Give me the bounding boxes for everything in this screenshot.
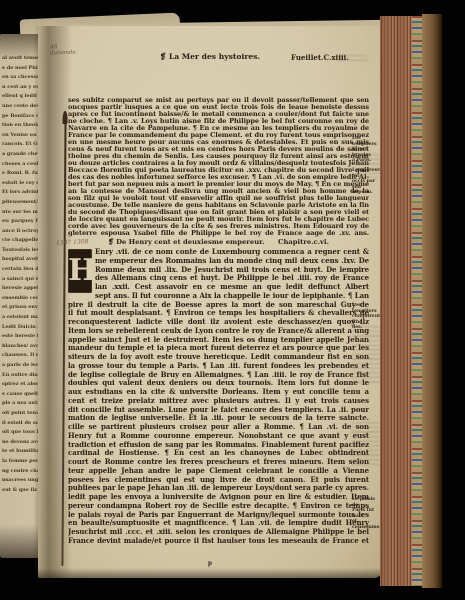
- text-line: des Allemans cinq cens et huyt. De Phili…: [95, 274, 369, 283]
- text-line: son filz qui le vouloit tout vif ensevel…: [68, 195, 369, 202]
- text-line: teur appelle Jehan andre le pape Clement…: [68, 467, 369, 476]
- text-line: le palais royal de Paris par Enguerrant …: [68, 511, 369, 520]
- text-line: pire il destruit la cite de Boesse apres…: [68, 301, 369, 310]
- text-line: bert fut par son nepueu mis a mort le pr…: [68, 181, 369, 188]
- text-line: ses subitz comparut se mist au pertuys p…: [68, 97, 369, 104]
- text-line: de leglise collegiale de Bruy en Allemai…: [68, 371, 369, 380]
- text-line: mandeur du temple et ia pieca mort furen…: [68, 344, 369, 353]
- text-line: court de Romme contre les freres presche…: [68, 458, 369, 467]
- running-title: ❡ La Mer des hystoires.: [110, 52, 310, 61]
- side-note-line: nepueu.: [352, 190, 379, 196]
- text-line: corde avec les gouverneurs de la cite & …: [68, 223, 369, 230]
- text-line: siteurs de la foy avoit este trouve here…: [68, 353, 369, 362]
- ink-showthrough-patch: [352, 326, 381, 384]
- text-line: cent et treize prelatz mittrez avec plus…: [68, 397, 369, 406]
- ink-showthrough-patch: [355, 154, 381, 178]
- text-line: Enry .vii. de ce nom conte de Luxembourg…: [95, 248, 369, 257]
- text-line: Romme deux mil .lix. De Jesuchrist mil t…: [95, 266, 369, 275]
- text-line: publiees par le pape Jehan lan .iii. de …: [68, 484, 369, 493]
- woodcut-initial-letter: H: [68, 249, 92, 293]
- recto-page: Añdumonde. ❡ La Mer des hystoires. Fueil…: [38, 26, 382, 578]
- body-text-part2: H Enry .vii. de ce nom conte de Luxembou…: [68, 248, 369, 546]
- text-line: mation de leglise universelle. Et la .ii…: [68, 414, 369, 423]
- signature-mark: p: [38, 560, 382, 567]
- body-part2-lines: Enry .vii. de ce nom conte de Luxembourg…: [68, 248, 369, 546]
- side-note-line: et consomme.: [352, 519, 379, 530]
- text-line: en beaulte/sumptuosite et magnificence. …: [68, 519, 369, 528]
- text-line: Jesuchrist mil .ccc. et .xiii. selon les…: [68, 528, 369, 537]
- text-line: posees les clementines qui est ung livre…: [68, 476, 369, 485]
- text-line: gleterre espousa Ysabel fille de Philipp…: [68, 230, 369, 237]
- chapter-heading: ❡ De Henry cent et deuxiesme empereur. C…: [68, 238, 369, 246]
- side-note-line: Les templiers: [352, 303, 379, 314]
- text-line: oncques partir iusques a ce que on eust …: [68, 104, 369, 111]
- text-line: il fut moult desplaisant. ¶ Environ ce t…: [68, 309, 369, 318]
- text-line: en une mesme heure pour aucuns cas enorm…: [68, 139, 369, 146]
- text-line: ne cloche. ¶ Lan .v. Loys hutin aisne fi…: [68, 118, 369, 125]
- manuscript-margin-line: [61, 114, 66, 566]
- cover-board-edge: [422, 14, 442, 588]
- text-line: me empereur des Rommains lan du monde ci…: [95, 257, 369, 266]
- text-line: ou douze articles contraires a la foy mo…: [68, 160, 369, 167]
- body-text-part1: ses subitz comparut se mist au pertuys p…: [68, 97, 369, 237]
- text-line: des cas des nobles infortunez sefforce l…: [68, 174, 369, 181]
- text-line: France devint malade/et pource il fist h…: [68, 537, 369, 546]
- text-line: pereur condampna Robert roy de Secille e…: [68, 502, 369, 511]
- text-line: dit concille fut assemble. Lune pour le …: [68, 406, 369, 415]
- side-note-line: conquirent Rho: [352, 314, 379, 325]
- fore-edge-marbling: [412, 16, 422, 586]
- text-line: de loccire quant en languissant ne peult…: [68, 216, 369, 223]
- text-line: Navarre en la cite de Pampelune. ¶ En ce…: [68, 125, 369, 132]
- side-note-line: occis par son: [352, 179, 379, 190]
- side-note-line: Paris fut faict: [352, 508, 379, 519]
- text-line: Boccace florentin qui poeta laureatus di…: [68, 167, 369, 174]
- text-line: thoine pres du chemin de Senlis. Les cau…: [68, 153, 369, 160]
- text-line: France par le commandement du pape Cleme…: [68, 132, 369, 139]
- text-line: sept ans. Il fut couronne a Aix la chapp…: [95, 292, 369, 301]
- fore-edge-page-stripes: [380, 16, 412, 586]
- text-line: aux estudians en la cite & universite Do…: [68, 388, 369, 397]
- ink-showthrough-patch: [338, 55, 368, 64]
- text-line: cille se partirent plusieurs croisez pou…: [68, 423, 369, 432]
- side-note-palace-of-paris: Le palais deParis fut faictet consomme.: [352, 497, 379, 531]
- text-line: du second de Thopiques/disant que on fai…: [68, 209, 369, 216]
- text-line: doubles qui valent deux deniers ou deux …: [68, 379, 369, 388]
- ink-showthrough-patch: [351, 422, 380, 466]
- text-line: reconquesterent ladicte ville dont ilz a…: [68, 318, 369, 327]
- book-photograph: al avoit tenue par foulse de noel Philip…: [0, 0, 465, 600]
- handwritten-header-note: Añdumonde.: [50, 44, 78, 57]
- text-line: acoustume. De telle maniere de gens habi…: [68, 202, 369, 209]
- handwritten-note-line: dumonde.: [50, 50, 77, 57]
- text-line: cens & neuf furent tous ars et mis en ce…: [68, 146, 369, 153]
- text-line: tradiction et effusion de sang par les R…: [68, 441, 369, 450]
- text-line: an la contesse de Mansuel deslivra ung m…: [68, 188, 369, 195]
- text-line: lan .xxii. Cest assavoir en ce mesme an …: [95, 283, 369, 292]
- text-line: appelle sainct Just et le destruirent. I…: [68, 336, 369, 345]
- side-note-line: Les templiers: [352, 136, 379, 147]
- text-line: la grosse tour du temple a Paris. ¶ Lan …: [68, 362, 369, 371]
- text-line: apres ce fut incontinent baisse/& le met…: [68, 111, 369, 118]
- text-line: Item lors se rebellerent ceulx de Lyon c…: [68, 327, 369, 336]
- text-line: ledit pape les envoya a luniversite de A…: [68, 493, 369, 502]
- text-line: cardinal de Hostiense. ¶ En cest an les …: [68, 449, 369, 458]
- side-note-line: Le palais de: [352, 497, 379, 508]
- text-line: Henry fut a Romme couronne empereur. Non…: [68, 432, 369, 441]
